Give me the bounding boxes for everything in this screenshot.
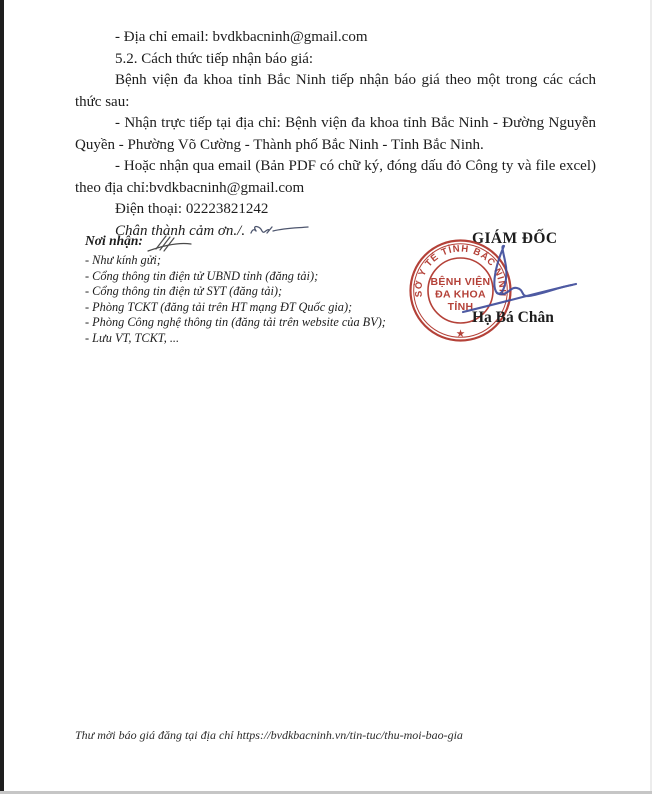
checkmark-scribble — [146, 233, 192, 253]
paragraph-phone: Điện thoại: 02223821242 — [75, 199, 596, 221]
letter-body: - Địa chỉ email: bvdkbacninh@gmail.com 5… — [75, 27, 596, 242]
footer-note: Thư mời báo giá đăng tại địa chỉ https:/… — [75, 728, 463, 743]
paragraph-address: - Nhận trực tiếp tại địa chỉ: Bệnh viện … — [75, 113, 596, 156]
recipients-heading-label: Nơi nhận: — [85, 233, 143, 248]
page-edge-left — [0, 0, 4, 794]
signature-stroke — [494, 246, 506, 294]
paragraph-intro: Bệnh viện đa khoa tỉnh Bắc Ninh tiếp nhậ… — [75, 70, 596, 113]
paragraph-email-option: - Hoặc nhận qua email (Bản PDF có chữ ký… — [75, 156, 596, 199]
recipient-item: - Phòng Công nghệ thông tin (đăng tải tr… — [85, 315, 425, 331]
recipient-item: - Cổng thông tin điện tử UBND tỉnh (đăng… — [85, 269, 425, 285]
paragraph-section-5-2: 5.2. Cách thức tiếp nhận báo giá: — [75, 49, 596, 71]
signer-name: Hạ Bá Chân — [472, 309, 554, 327]
stamp-star: ★ — [456, 329, 465, 339]
recipient-item: - Phòng TCKT (đăng tải trên HT mạng ĐT Q… — [85, 300, 425, 316]
recipient-item: - Như kính gửi; — [85, 253, 425, 269]
recipients-block: Nơi nhận: - Như kính gửi; - Cổng thông t… — [85, 233, 425, 347]
recipient-item: - Cổng thông tin điện tử SYT (đăng tải); — [85, 284, 425, 300]
recipient-item: - Lưu VT, TCKT, ... — [85, 331, 425, 347]
paragraph-email: - Địa chỉ email: bvdkbacninh@gmail.com — [75, 27, 596, 49]
recipients-heading: Nơi nhận: — [85, 233, 425, 253]
